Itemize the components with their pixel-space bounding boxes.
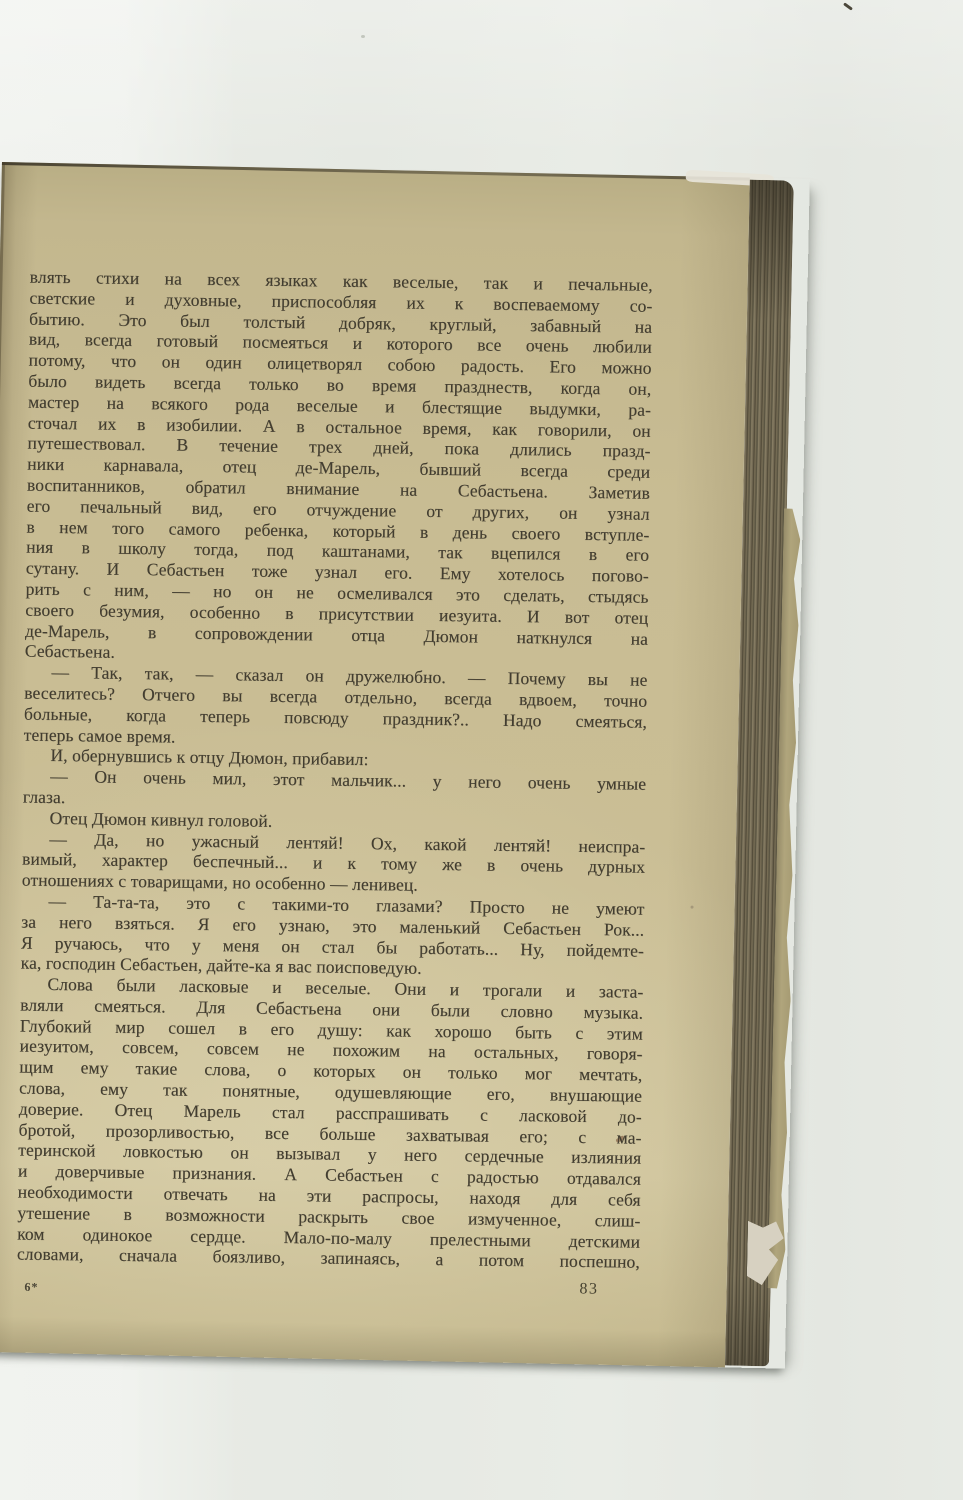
page-text: влять стихи на всех языках как веселые, … <box>17 267 653 1273</box>
paper-speck <box>691 906 694 909</box>
signature-mark: 6* <box>24 1280 38 1295</box>
scanner-background: влять стихи на всех языках как веселые, … <box>0 0 963 1500</box>
page-number: 83 <box>579 1280 598 1298</box>
dust-speck <box>843 2 853 10</box>
dust-speck <box>361 35 365 38</box>
book-page: влять стихи на всех языках как веселые, … <box>0 162 810 1369</box>
